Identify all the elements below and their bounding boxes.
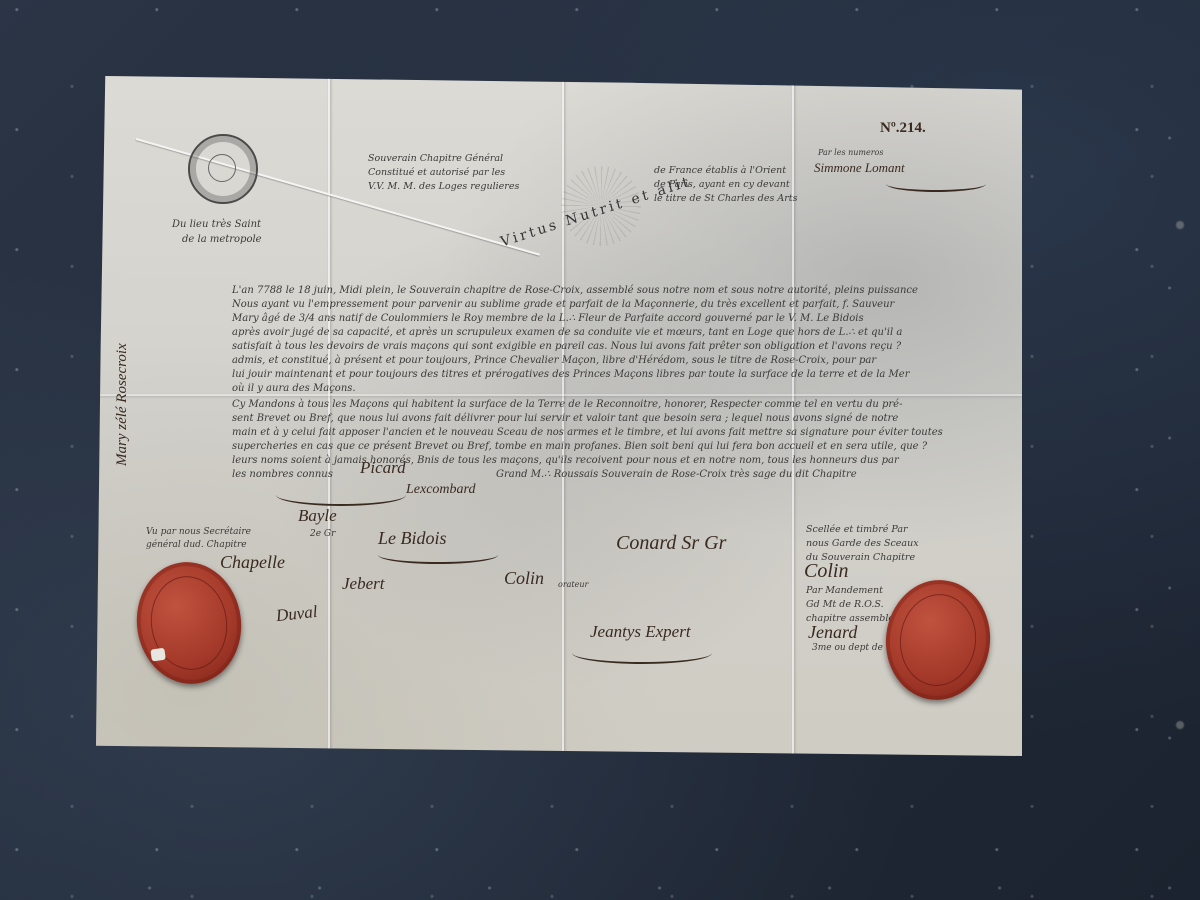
secretary-note-1: Vu par nous Secrétaire [146, 526, 251, 539]
left-red-wax-seal [129, 555, 249, 690]
emblem-caption-1: Du lieu très Saint [172, 218, 261, 231]
right-red-wax-seal [880, 575, 996, 705]
body-line: après avoir jugé de sa capacité, et aprè… [232, 326, 902, 339]
signature-jeantys-expert: Jeantys Expert [590, 622, 691, 642]
registration-label: Par les numeros [818, 146, 883, 159]
body-line: L'an 7788 le 18 juin, Midi plein, le Sou… [232, 284, 918, 297]
body-line: les nombres connus [232, 468, 333, 481]
emblem-caption-2: de la metropole [182, 233, 262, 246]
signature-conard: Conard Sr Gr [616, 532, 726, 555]
signature-jebert: Jebert [342, 574, 384, 594]
margin-signature: Mary zélé Rosecroix [114, 343, 131, 466]
header-right-3: le titre de St Charles des Arts [654, 192, 797, 205]
body-line: leurs noms soient à jamais honorés, Bnis… [232, 454, 899, 467]
header-left-1: Souverain Chapitre Général [368, 152, 503, 165]
body-line: où il y aura des Maçons. [232, 382, 356, 395]
header-right-2: de Paris, ayant en cy devant [654, 178, 790, 191]
seal-chip [150, 648, 166, 662]
signature-note-2e-gr: 2e Gr [310, 528, 335, 541]
header-left-2: Constitué et autorisé par les [368, 166, 505, 179]
signature-duval: Duval [275, 602, 318, 626]
body-line: lui jouir maintenant et pour toujours de… [232, 368, 910, 381]
seal-note-2: nous Garde des Sceaux [806, 537, 919, 550]
body-line: main et à y celui fait apposer l'ancien … [232, 426, 943, 439]
body-line: admis, et constitué, à présent et pour t… [232, 354, 876, 367]
body-line: Nous ayant vu l'empressement pour parven… [232, 298, 894, 311]
body-line: satisfait à tous les devoirs de vrais ma… [232, 340, 901, 353]
header-left-3: V.V. M. M. des Loges regulieres [368, 180, 519, 193]
registration-signature: Simmone Lomant [814, 160, 905, 176]
parchment-certificate: Du lieu très Saint de la metropole Souve… [96, 76, 1022, 756]
grand-master-line: Grand M.∴ Roussais Souverain de Rose-Cro… [496, 468, 857, 481]
body-line: Cy Mandons à tous les Maçons qui habiten… [232, 398, 902, 411]
signature-colin-orator: Colin [504, 568, 544, 589]
body-line: sent Brevet ou Bref, que nous lui avons … [232, 412, 898, 425]
flourish-mark [378, 546, 498, 564]
signature-picard: Picard [360, 458, 406, 478]
certificate-number: Nº.214. [880, 120, 926, 137]
flourish-mark [572, 642, 712, 664]
engraved-emblem-icon [188, 134, 258, 204]
signature-chapelle: Chapelle [220, 552, 285, 573]
seal-note-1: Scellée et timbré Par [806, 523, 908, 536]
header-right-1: de France établis à l'Orient [654, 164, 786, 177]
signature-bayle: Bayle [298, 506, 337, 526]
seal-note-5: Gd Mt de R.O.S. [806, 598, 884, 611]
secretary-note-2: général dud. Chapitre [146, 539, 247, 552]
flourish-mark [276, 484, 406, 506]
seal-note-4: Par Mandement [806, 584, 883, 597]
flourish-mark [886, 176, 986, 192]
body-line: supercheries en cas que ce présent Breve… [232, 440, 927, 453]
signature-note-orateur: orateur [558, 578, 588, 591]
signature-colin-seal-keeper: Colin [804, 560, 848, 583]
seal-note-7: 3me ou dept de [812, 642, 883, 655]
signature-lexcombard: Lexcombard [406, 482, 475, 498]
signature-jenard: Jenard [808, 622, 857, 643]
body-line: Mary âgé de 3/4 ans natif de Coulommiers… [232, 312, 864, 325]
